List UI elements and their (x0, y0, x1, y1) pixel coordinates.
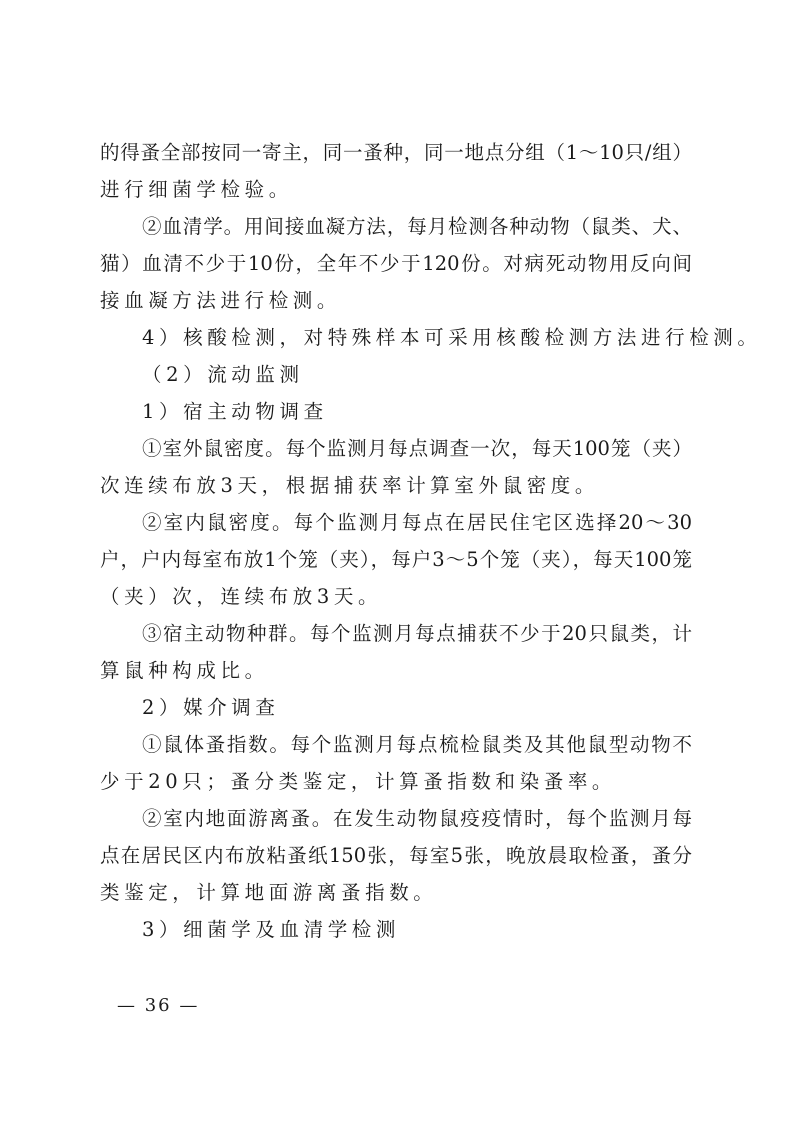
document-body: 的得蚤全部按同一寄主，同一蚤种，同一地点分组（1～10只/组） 进行细菌学检验。… (100, 134, 692, 948)
text-line: （夹）次，连续布放3天。 (100, 578, 692, 615)
text-line: 点在居民区内布放粘蚤纸150张，每室5张，晚放晨取检蚤，蚤分 (100, 837, 692, 874)
heading-host-animal-survey: 1）宿主动物调查 (100, 393, 692, 430)
paragraph-host-population: ③宿主动物种群。每个监测月每点捕获不少于20只鼠类，计 (100, 615, 692, 652)
paragraph-serology: ②血清学。用间接血凝方法，每月检测各种动物（鼠类、犬、 (100, 208, 692, 245)
text-line: 类鉴定，计算地面游离蚤指数。 (100, 874, 692, 911)
text-line: 的得蚤全部按同一寄主，同一蚤种，同一地点分组（1～10只/组） (100, 134, 692, 171)
text-line: 猫）血清不少于10份，全年不少于120份。对病死动物用反向间 (100, 245, 692, 282)
page-number: — 36 — (117, 995, 199, 1016)
text-line: 户，户内每室布放1个笼（夹），每户3～5个笼（夹），每天100笼 (100, 541, 692, 578)
text-line: 算鼠种构成比。 (100, 652, 692, 689)
heading-vector-survey: 2）媒介调查 (100, 689, 692, 726)
paragraph-free-flea: ②室内地面游离蚤。在发生动物鼠疫疫情时，每个监测月每 (100, 800, 692, 837)
paragraph-indoor-rat-density: ②室内鼠密度。每个监测月每点在居民住宅区选择20～30 (100, 504, 692, 541)
text-line: 少于20只；蚤分类鉴定，计算蚤指数和染蚤率。 (100, 763, 692, 800)
paragraph-nucleic-acid: 4）核酸检测，对特殊样本可采用核酸检测方法进行检测。 (100, 319, 692, 356)
heading-mobile-monitoring: （2）流动监测 (100, 356, 692, 393)
text-line: 次连续布放3天，根据捕获率计算室外鼠密度。 (100, 467, 692, 504)
paragraph-flea-index: ①鼠体蚤指数。每个监测月每点梳检鼠类及其他鼠型动物不 (100, 726, 692, 763)
paragraph-outdoor-rat-density: ①室外鼠密度。每个监测月每点调查一次，每天100笼（夹） (100, 430, 692, 467)
heading-bacteriology-serology: 3）细菌学及血清学检测 (100, 911, 692, 948)
text-line: 进行细菌学检验。 (100, 171, 692, 208)
text-line: 接血凝方法进行检测。 (100, 282, 692, 319)
